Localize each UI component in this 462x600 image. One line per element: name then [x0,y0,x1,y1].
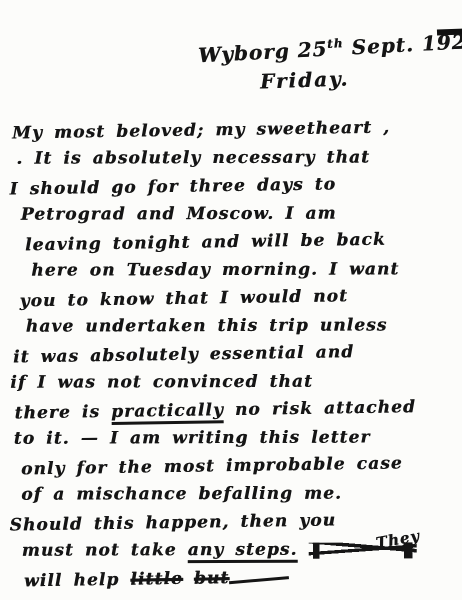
letter-line: to it. — I am writing this letter [14,423,461,453]
letter-line: . It is absolutely necessary that [16,143,458,173]
letter-text-segment [183,569,194,589]
underlined-word: any steps. [188,540,298,563]
letter-text-segment: I should go for three days to [9,174,336,199]
letter-line: it was absolutely essential and [13,336,460,371]
letter-text-segment: Petrograd and Moscow. I am [21,204,337,225]
letter-line: My most beloved; my sweetheart , [12,112,458,147]
letter-line: there is practically no risk attached [14,392,460,427]
dateline: Wyborg 25th Sept. 1925 [198,29,462,68]
letter-line: Petrograd and Moscow. I am [21,199,459,229]
letter-text-segment: . It is absolutely necessary that [16,148,370,169]
letter-text-segment: here on Tuesday morning. I want [31,259,399,280]
struck-through-word: little [130,569,183,590]
letter-text-segment: of a mischance befalling me. [21,484,342,505]
letter-text-segment: you to know that I would not [19,286,348,311]
letter-text-segment: leaving tonight and will be back [25,230,386,256]
letter-page: Wyborg 25th Sept. 1925 Friday. My most b… [0,0,462,600]
letter-text-segment [297,540,308,560]
struck-through-word: but [194,568,230,589]
letter-line: leaving tonight and will be back [25,225,459,260]
letter-line: of a mischance befalling me. [21,479,461,509]
underlined-word: practically [111,400,224,425]
letter-text-segment: it was absolutely essential and [13,342,354,367]
letter-line: have undertaken this trip unless [26,311,460,341]
letter-text-segment: there is [14,402,111,424]
letter-text-segment: must not take [22,540,188,561]
letter-line: will help little but [24,560,462,595]
letter-text-segment: to it. — I am writing this letter [14,428,371,449]
dateline-month-year: Sept. 1925 [343,29,462,60]
letter-text-segment: no risk attached [224,397,416,420]
letter-text-segment: will help [24,570,131,592]
letter-text-segment: My most beloved; my sweetheart , [12,118,390,144]
dateline-ordinal: th [327,36,344,51]
letter-text-segment: have undertaken this trip unless [26,315,388,336]
letter-text-segment: if I was not convinced that [10,372,313,393]
letter-text-segment: only for the most improbable case [21,453,403,479]
letter-line: you to know that I would not [19,280,459,315]
letter-body: My most beloved; my sweetheart ,. It is … [6,114,462,594]
letter-line: must not take any steps. They [22,535,462,565]
letter-line: only for the most improbable case [21,448,461,483]
letter-line: here on Tuesday morning. I want [31,255,459,284]
dateline-place-date: Wyborg 25 [198,37,328,68]
letter-line: I should go for three days to [9,168,458,203]
dateline-day: Friday. [260,66,350,93]
struck-out-scribble: They [308,542,416,558]
letter-line: if I was not convinced that [10,367,460,397]
letter-text-segment: Should this happen, then you [9,510,336,535]
